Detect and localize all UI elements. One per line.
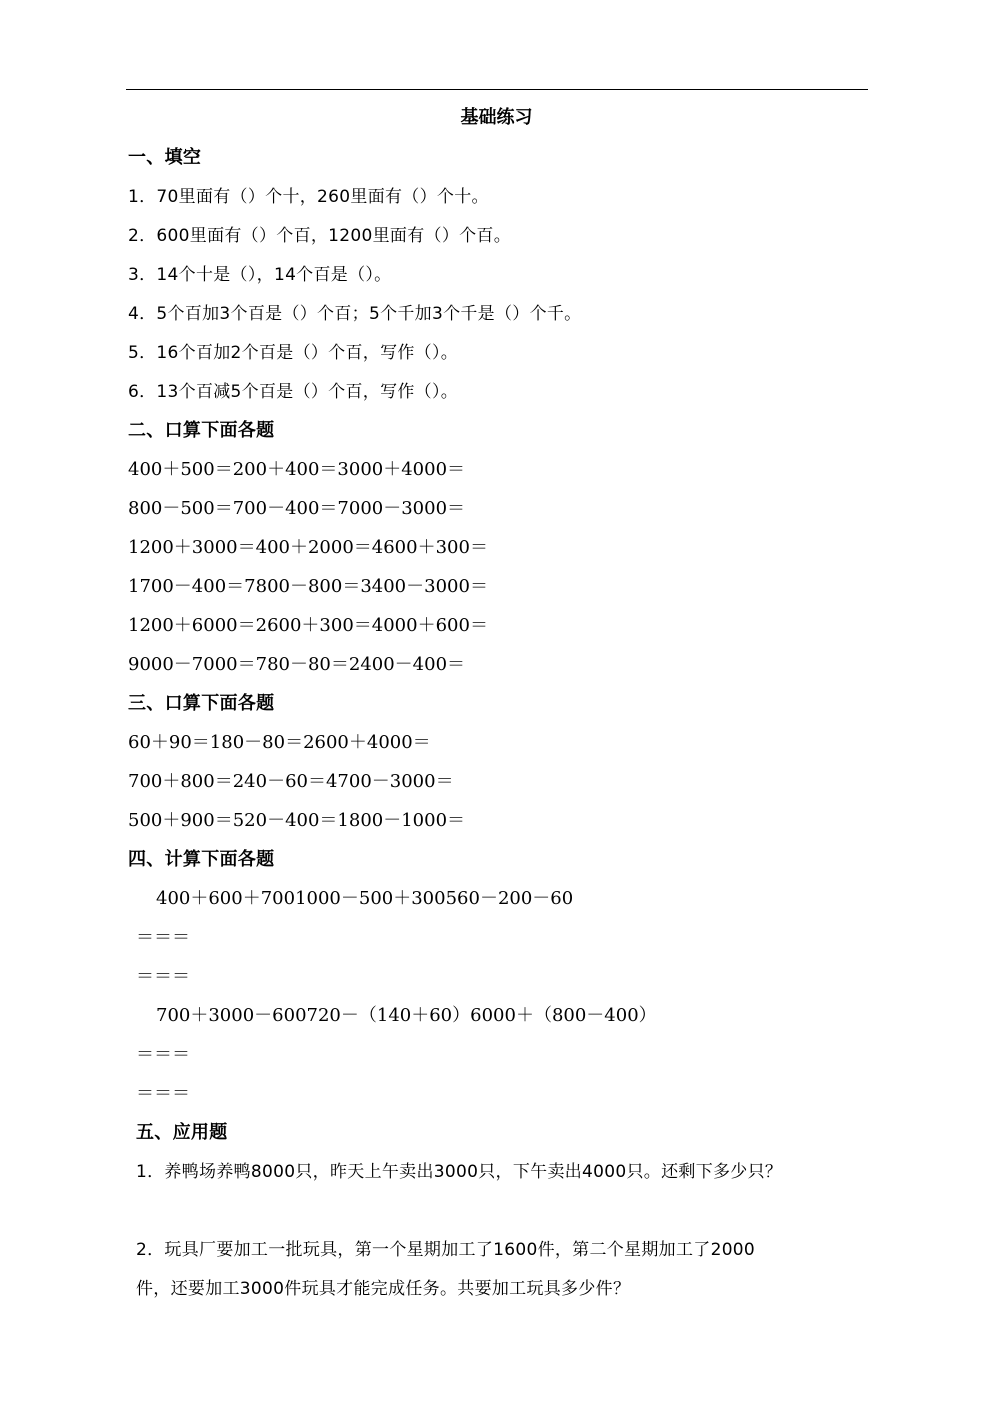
calculation-expressions-row-2: 700＋3000－600720－（140＋60）6000＋（800－400） xyxy=(156,1005,657,1027)
section-heading-fill-in: 一、填空 xyxy=(128,147,201,169)
calculation-expressions-row-1: 400＋600＋7001000－500＋300560－200－60 xyxy=(156,888,573,910)
section-heading-mental-math-2: 三、口算下面各题 xyxy=(128,693,274,715)
word-problem-1: 1．养鸭场养鸭8000只，昨天上午卖出3000只，下午卖出4000只。还剩下多少… xyxy=(136,1161,782,1183)
document-title: 基础练习 xyxy=(0,107,993,129)
fill-in-question-3: 3．14个十是（），14个百是（）。 xyxy=(128,264,391,286)
section-heading-word-problems: 五、应用题 xyxy=(136,1122,228,1144)
mental-math-2-row-1: 60＋90＝180－80＝2600＋4000＝ xyxy=(128,732,431,754)
calculation-equals-row-2: ＝＝＝ xyxy=(136,966,190,988)
word-problem-2-line-2: 件，还要加工3000件玩具才能完成任务。共要加工玩具多少件？ xyxy=(136,1278,630,1300)
calculation-equals-row-3: ＝＝＝ xyxy=(136,1044,190,1066)
fill-in-question-6: 6．13个百减5个百是（）个百，写作（）。 xyxy=(128,381,458,403)
calculation-equals-row-1: ＝＝＝ xyxy=(136,927,190,949)
mental-math-2-row-2: 700＋800＝240－60＝4700－3000＝ xyxy=(128,771,454,793)
calculation-equals-row-4: ＝＝＝ xyxy=(136,1083,190,1105)
mental-math-row-2: 800－500＝700－400＝7000－3000＝ xyxy=(128,498,465,520)
mental-math-row-5: 1200＋6000＝2600＋300＝4000＋600＝ xyxy=(128,615,488,637)
mental-math-row-1: 400＋500＝200＋400＝3000＋4000＝ xyxy=(128,459,465,481)
fill-in-question-2: 2．600里面有（）个百，1200里面有（）个百。 xyxy=(128,225,511,247)
section-heading-mental-math-1: 二、口算下面各题 xyxy=(128,420,274,442)
header-rule xyxy=(126,89,868,90)
fill-in-question-5: 5．16个百加2个百是（）个百，写作（）。 xyxy=(128,342,458,364)
mental-math-2-row-3: 500＋900＝520－400＝1800－1000＝ xyxy=(128,810,465,832)
fill-in-question-4: 4．5个百加3个百是（）个百；5个千加3个千是（）个千。 xyxy=(128,303,581,325)
mental-math-row-4: 1700－400＝7800－800＝3400－3000＝ xyxy=(128,576,488,598)
fill-in-question-1: 1．70里面有（）个十，260里面有（）个十。 xyxy=(128,186,489,208)
mental-math-row-6: 9000－7000＝780－80＝2400－400＝ xyxy=(128,654,465,676)
section-heading-calculation: 四、计算下面各题 xyxy=(128,849,274,871)
mental-math-row-3: 1200＋3000＝400＋2000＝4600＋300＝ xyxy=(128,537,488,559)
word-problem-2-line-1: 2．玩具厂要加工一批玩具，第一个星期加工了1600件，第二个星期加工了2000 xyxy=(136,1239,755,1261)
